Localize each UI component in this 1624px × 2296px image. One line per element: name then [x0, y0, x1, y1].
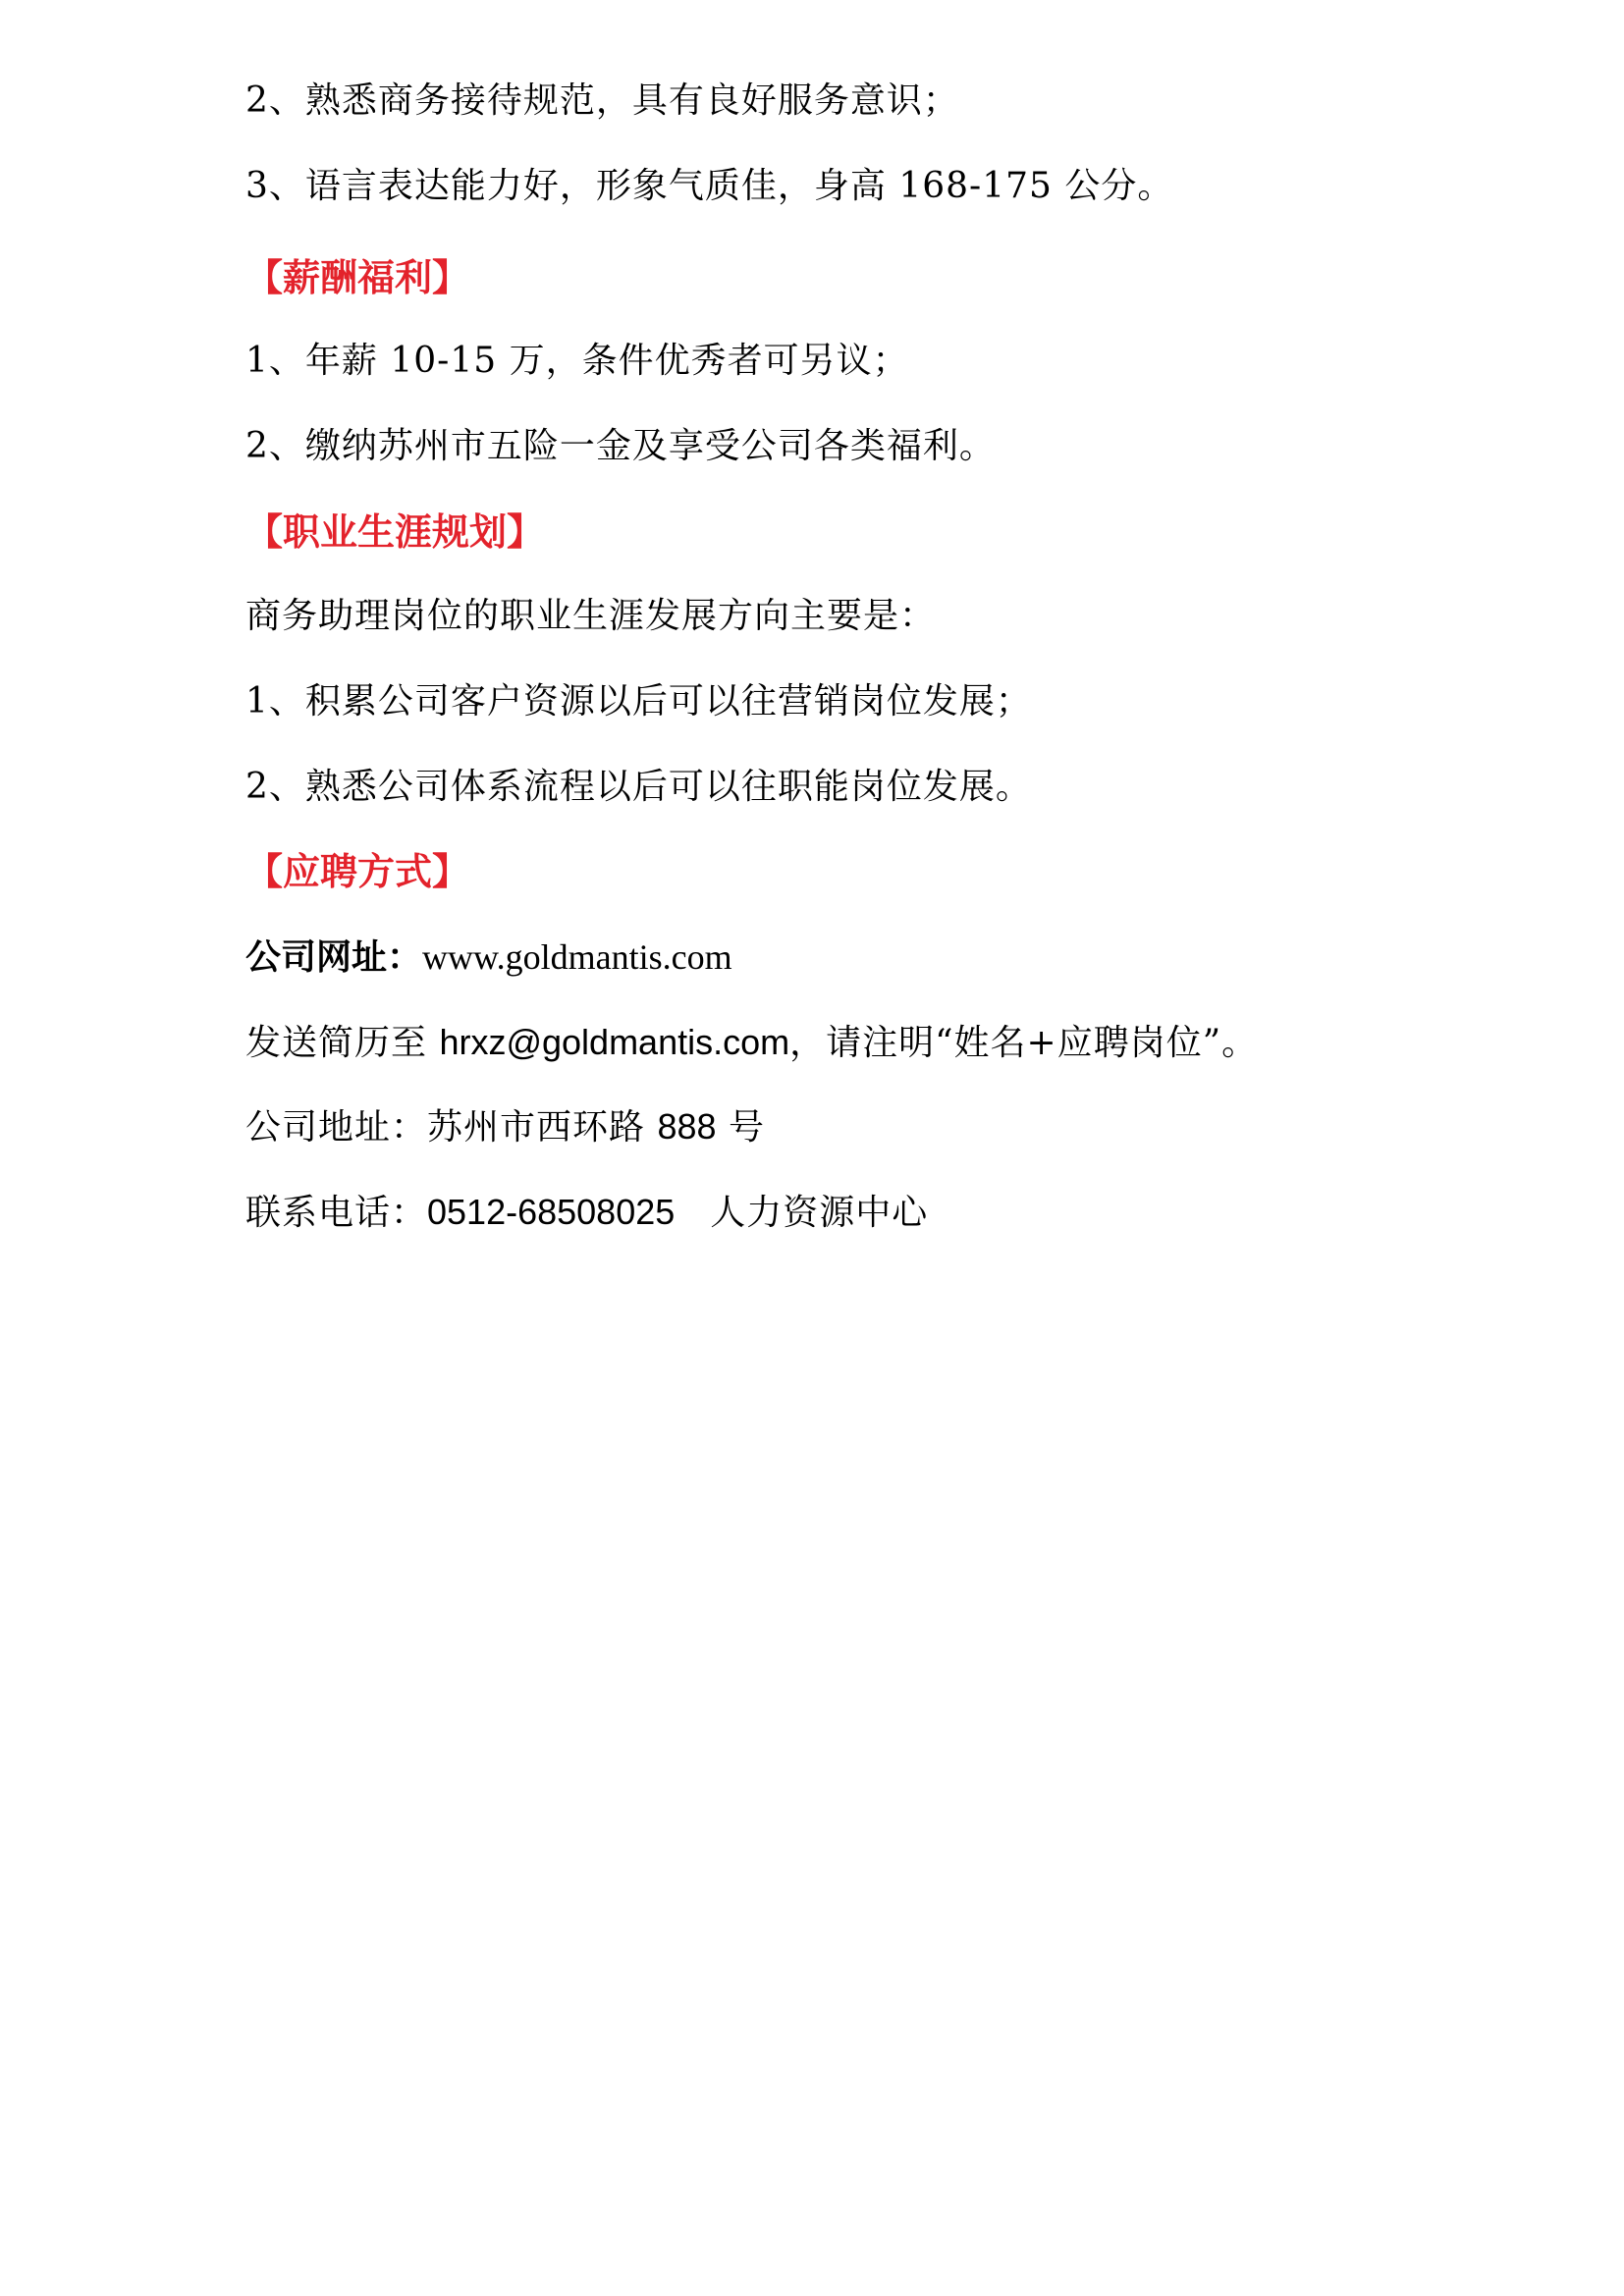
department-name: 人力资源中心: [710, 1193, 928, 1233]
address-label: 公司地址：: [245, 1107, 427, 1148]
email-suffix: ，请注明“姓名+应聘岗位”。: [789, 1023, 1258, 1063]
address-row: 公司地址：苏州市西环路 888 号: [245, 1097, 765, 1156]
compensation-item-2: 2、缴纳苏州市五险一金及享受公司各类福利。: [245, 417, 996, 476]
phone-label: 联系电话：: [245, 1193, 427, 1233]
website-row: 公司网址：www.goldmantis.com: [245, 928, 732, 987]
phone-row: 联系电话：0512-68508025人力资源中心: [245, 1183, 928, 1242]
compensation-heading: 【薪酬福利】: [245, 248, 469, 307]
address-city: 苏州市西环路: [427, 1107, 657, 1148]
email-prefix: 发送简历至: [245, 1023, 439, 1063]
career-item-2: 2、熟悉公司体系流程以后可以往职能岗位发展。: [245, 758, 1032, 817]
career-intro: 商务助理岗位的职业生涯发展方向主要是：: [245, 587, 936, 646]
application-heading: 【应聘方式】: [245, 842, 469, 901]
address-number: 888: [657, 1106, 716, 1147]
website-label: 公司网址：: [245, 937, 422, 978]
career-heading: 【职业生涯规划】: [245, 503, 544, 561]
email-link[interactable]: hrxz@goldmantis.com: [439, 1022, 789, 1062]
compensation-item-1: 1、年薪 10-15 万，条件优秀者可另议；: [245, 332, 909, 391]
career-item-1: 1、积累公司客户资源以后可以往营销岗位发展；: [245, 672, 1032, 731]
requirement-item-2: 2、熟悉商务接待规范，具有良好服务意识；: [245, 72, 959, 131]
document-page: 2、熟悉商务接待规范，具有良好服务意识； 3、语言表达能力好，形象气质佳，身高 …: [0, 0, 1624, 2296]
email-row: 发送简历至 hrxz@goldmantis.com，请注明“姓名+应聘岗位”。: [245, 1013, 1258, 1072]
requirement-item-3: 3、语言表达能力好，形象气质佳，身高 168-175 公分。: [245, 157, 1173, 216]
address-suffix: 号: [717, 1107, 765, 1148]
website-link[interactable]: www.goldmantis.com: [422, 937, 732, 977]
phone-number: 0512-68508025: [427, 1192, 675, 1232]
